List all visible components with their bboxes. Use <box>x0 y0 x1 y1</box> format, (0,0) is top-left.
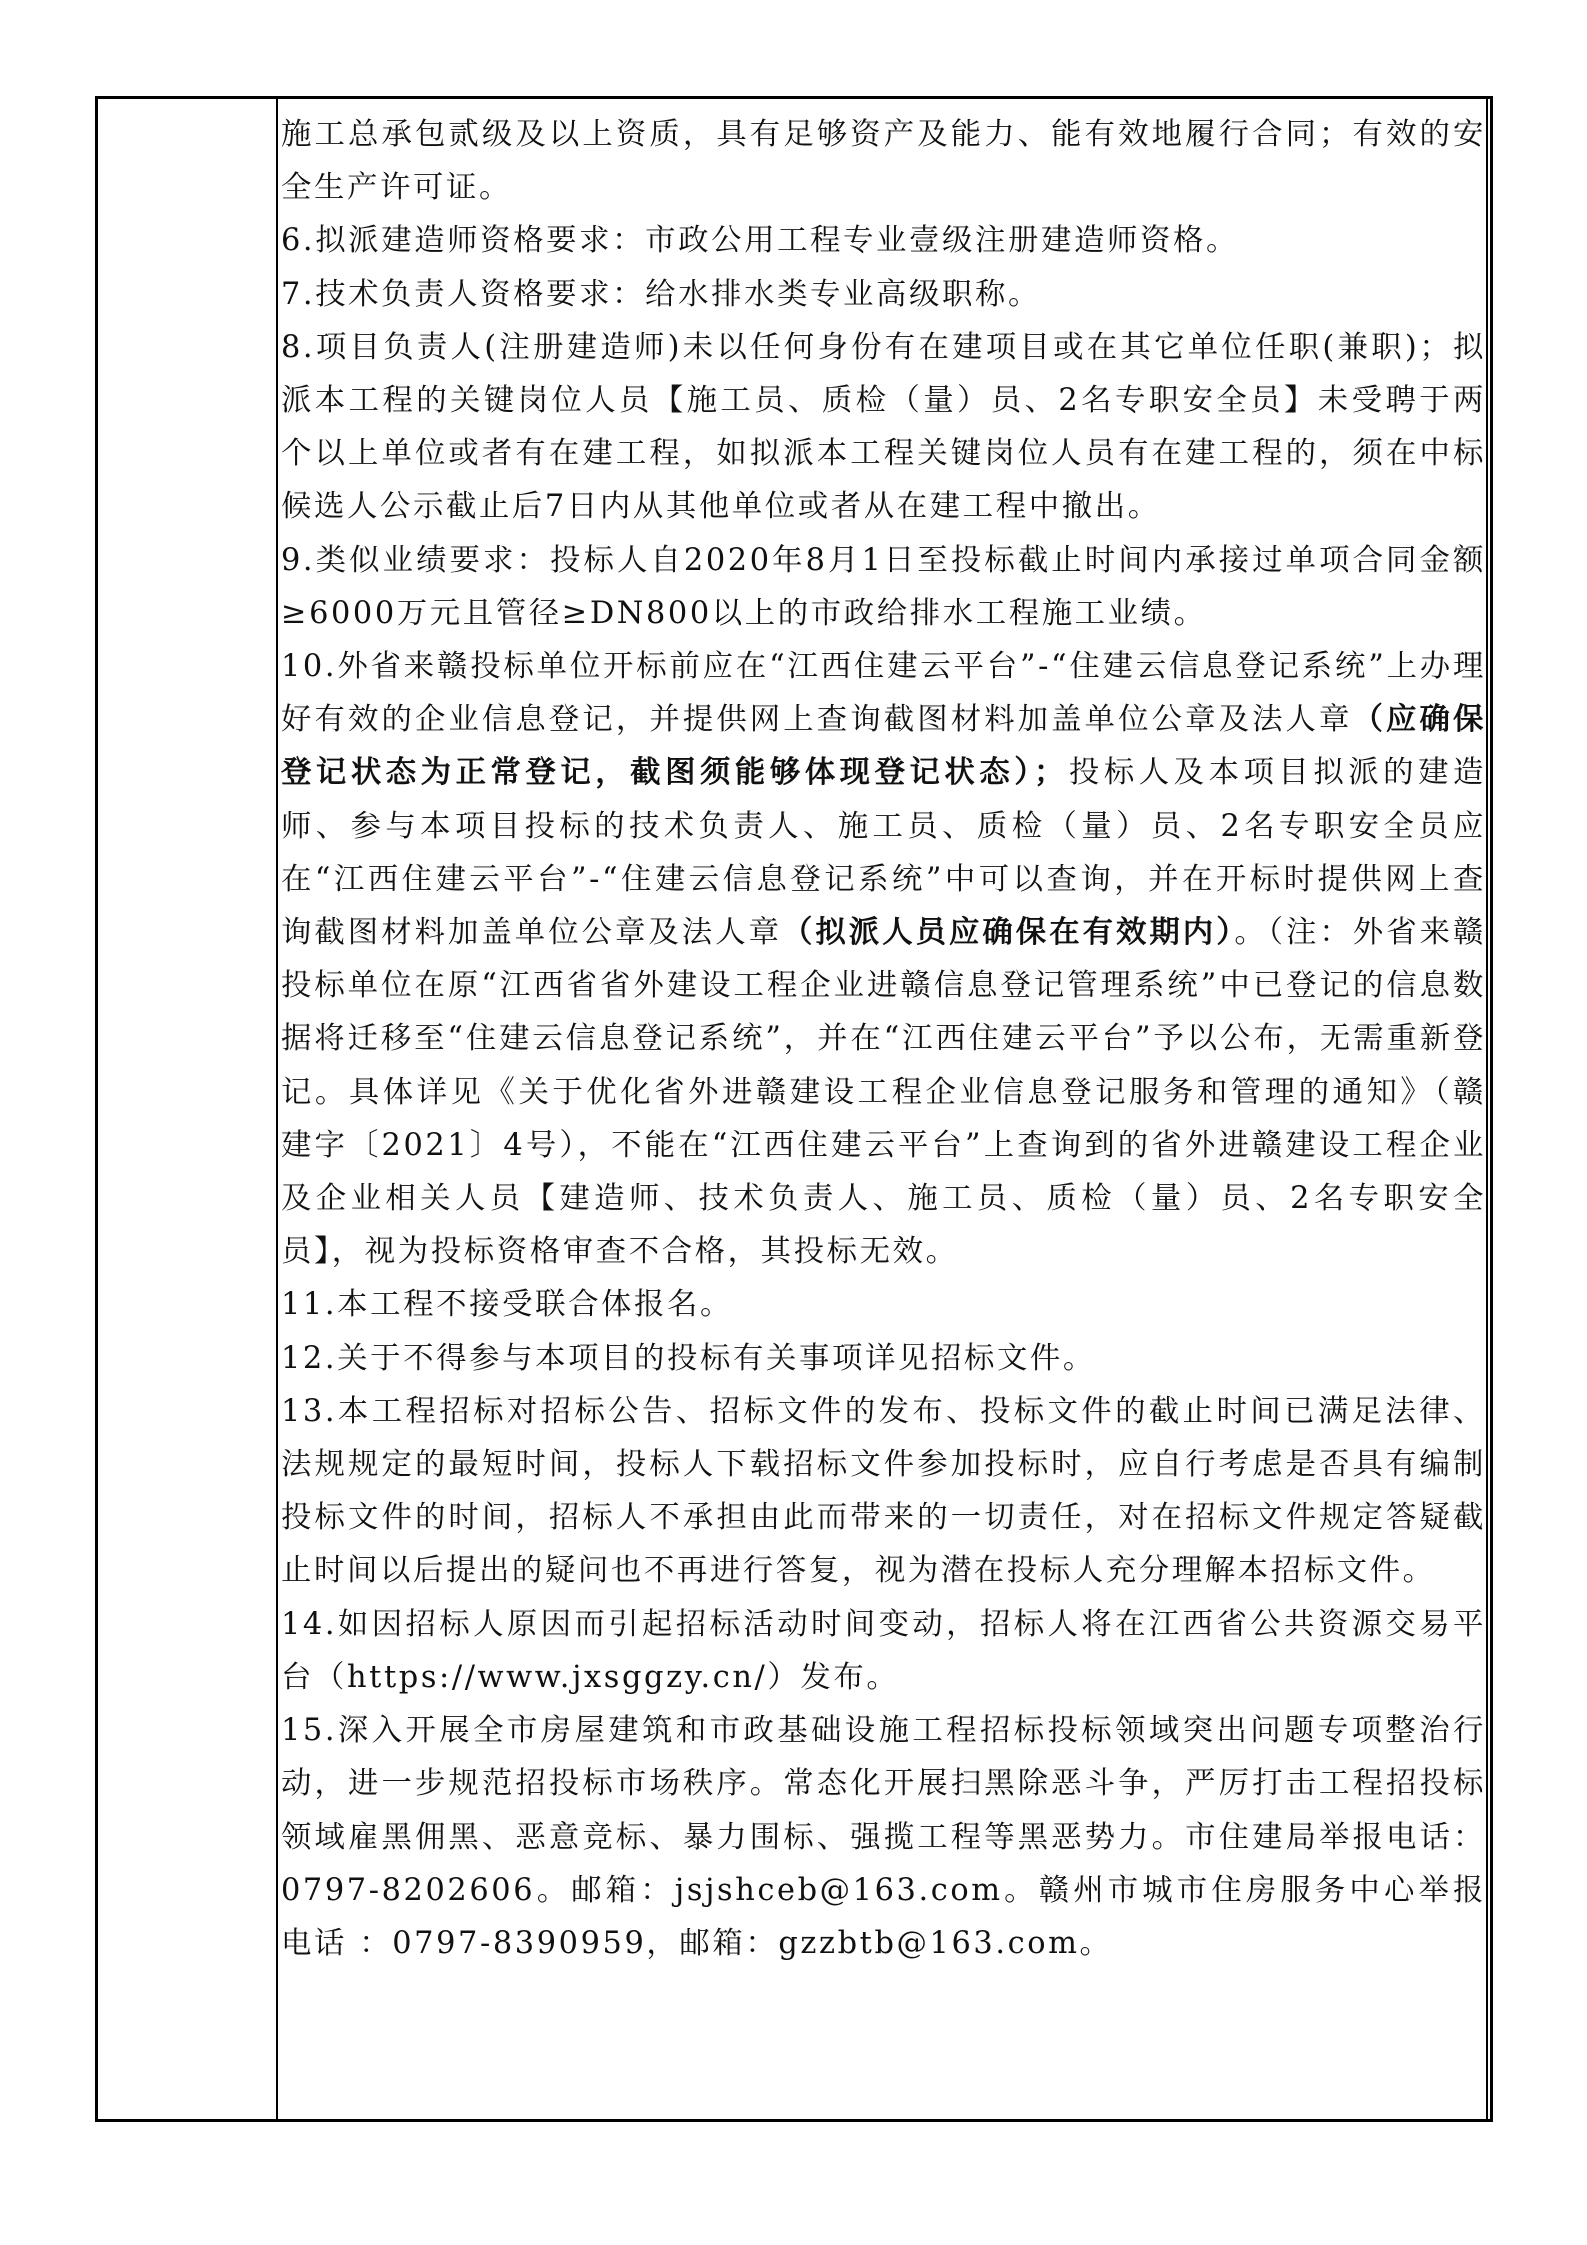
paragraph-text: 。（注：外省来赣投标单位在原“江西省省外建设工程企业进赣信息登记管理系统”中已登… <box>281 915 1486 1269</box>
label-column-cell <box>98 99 278 2119</box>
paragraph-text: 14.如因招标人原因而引起招标活动时间变动，招标人将在江西省公共资源交易平台（h… <box>281 1607 1486 1695</box>
paragraph-8-project-lead-requirements: 8.项目负责人(注册建造师)未以任何身份有在建项目或在其它单位任职(兼职)；拟派… <box>281 321 1486 534</box>
paragraph-7-technical-lead-qualification: 7.技术负责人资格要求：给水排水类专业高级职称。 <box>281 268 1486 321</box>
paragraph-text: 9.类似业绩要求：投标人自2020年8月1日至投标截止时间内承接过单项合同金额≥… <box>281 543 1486 631</box>
paragraph-text: 13.本工程招标对招标公告、招标文件的发布、投标文件的截止时间已满足法律、法规规… <box>281 1394 1486 1589</box>
paragraph-text: 施工总承包贰级及以上资质，具有足够资产及能力、能有效地履行合同；有效的安全生产许… <box>281 117 1486 205</box>
paragraph-12-exclusions: 12.关于不得参与本项目的投标有关事项详见招标文件。 <box>281 1332 1486 1385</box>
paragraph-text: 12.关于不得参与本项目的投标有关事项详见招标文件。 <box>281 1341 1096 1376</box>
requirements-table: 施工总承包贰级及以上资质，具有足够资产及能力、能有效地履行合同；有效的安全生产许… <box>95 96 1493 2122</box>
paragraph-14-schedule-change: 14.如因招标人原因而引起招标活动时间变动，招标人将在江西省公共资源交易平台（h… <box>281 1598 1486 1704</box>
paragraph-text: 15.深入开展全市房屋建筑和市政基础设施工程招标投标领域突出问题专项整治行动，进… <box>281 1713 1486 1961</box>
paragraph-15-anti-crime-reporting: 15.深入开展全市房屋建筑和市政基础设施工程招标投标领域突出问题专项整治行动，进… <box>281 1704 1486 1970</box>
bold-emphasis-text: （拟派人员应确保在有效期内） <box>782 914 1234 950</box>
paragraph-6-constructor-qualification: 6.拟派建造师资格要求：市政公用工程专业壹级注册建造师资格。 <box>281 214 1486 267</box>
paragraph-text: 11.本工程不接受联合体报名。 <box>281 1287 733 1322</box>
content-column-cell: 施工总承包贰级及以上资质，具有足够资产及能力、能有效地履行合同；有效的安全生产许… <box>278 99 1488 2119</box>
paragraph-10-out-of-province-registration: 10.外省来赣投标单位开标前应在“江西住建云平台”-“住建云信息登记系统”上办理… <box>281 640 1486 1278</box>
paragraph-9-similar-performance: 9.类似业绩要求：投标人自2020年8月1日至投标截止时间内承接过单项合同金额≥… <box>281 534 1486 640</box>
paragraph-11-no-consortium: 11.本工程不接受联合体报名。 <box>281 1278 1486 1331</box>
paragraph-text: 7.技术负责人资格要求：给水排水类专业高级职称。 <box>281 277 1041 312</box>
paragraph-text: 8.项目负责人(注册建造师)未以任何身份有在建项目或在其它单位任职(兼职)；拟派… <box>281 330 1486 525</box>
paragraph-text: 6.拟派建造师资格要求：市政公用工程专业壹级注册建造师资格。 <box>281 223 1239 258</box>
paragraph-13-timeline-notice: 13.本工程招标对招标公告、招标文件的发布、投标文件的截止时间已满足法律、法规规… <box>281 1385 1486 1598</box>
paragraph-5-continued: 施工总承包贰级及以上资质，具有足够资产及能力、能有效地履行合同；有效的安全生产许… <box>281 108 1486 214</box>
paragraph-text: 10.外省来赣投标单位开标前应在“江西住建云平台”-“住建云信息登记系统”上办理… <box>281 649 1486 737</box>
